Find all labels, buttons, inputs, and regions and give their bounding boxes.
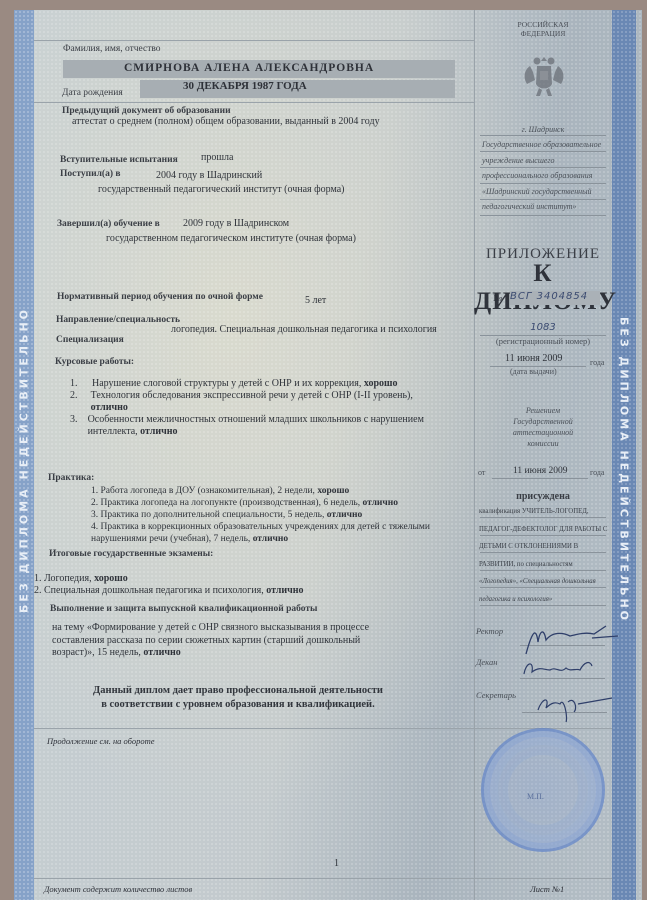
exam-grade: отлично <box>266 585 303 596</box>
rights-line-2: в соответствии с уровнем образования и к… <box>48 698 428 712</box>
institution-line: «Шадринский государственный <box>482 184 612 200</box>
student-name: СМИРНОВА АЛЕНА АЛЕКСАНДРОВНА <box>124 62 374 74</box>
practice-item: 3. Практика по дополнительной специально… <box>91 509 461 521</box>
coursework-grade: отлично <box>140 426 177 437</box>
rule <box>480 552 606 553</box>
rule <box>480 167 606 168</box>
secretary-signature-icon <box>534 688 614 724</box>
period-value: 5 лет <box>305 295 326 306</box>
qualification-text: квалификация УЧИТЕЛЬ-ЛОГОПЕД, ПЕДАГОГ-ДЕ… <box>479 503 609 608</box>
direction-value: логопедия. Специальная дошкольная педаго… <box>171 324 437 335</box>
institution-line: педагогический институт» <box>482 199 612 215</box>
country-line-2: ФЕДЕРАЦИЯ <box>474 29 612 38</box>
thesis-title: Выполнение и защита выпускной квалификац… <box>50 604 317 614</box>
entrance-value: прошла <box>201 152 233 163</box>
coursework-text: Нарушение слоговой структуры у детей с О… <box>92 378 361 389</box>
dean-signature-icon <box>520 656 610 684</box>
practice-item: 2. Практика логопеда на логопункте (прои… <box>91 497 461 509</box>
finished-label: Завершил(а) обучение в <box>57 219 160 229</box>
exam-grade: хорошо <box>94 573 128 584</box>
secretary-label: Секретарь <box>476 690 516 700</box>
enrolled-line1: 2004 году в Шадринский <box>156 170 262 181</box>
rule <box>480 570 606 571</box>
reg-number: 1083 <box>474 322 612 333</box>
practice-item: 1. Работа логопеда в ДОУ (ознакомительна… <box>91 485 461 497</box>
awarded-label: присуждена <box>474 491 612 502</box>
number-prefix: № <box>493 293 503 304</box>
practice-grade: отлично <box>253 534 288 544</box>
coursework-text: Особенности межличностных отношений млад… <box>88 414 424 437</box>
right-security-strip: БЕЗ ДИПЛОМА НЕДЕЙСТВИТЕЛЬНО <box>612 10 636 900</box>
left-security-strip: БЕЗ ДИПЛОМА НЕДЕЙСТВИТЕЛЬНО <box>14 10 34 900</box>
rule <box>480 605 606 606</box>
practice-text: 3. Практика по дополнительной специально… <box>91 510 324 520</box>
double-headed-eagle-icon <box>521 52 567 98</box>
rule <box>480 215 606 216</box>
practice-grade: отлично <box>327 510 362 520</box>
strip-text-left: БЕЗ ДИПЛОМА НЕДЕЙСТВИТЕЛЬНО <box>18 307 31 613</box>
body-bottom-divider <box>34 728 474 729</box>
coursework-grade: хорошо <box>364 378 398 389</box>
exam-item: 1. Логопедия, хорошо <box>34 573 304 585</box>
commission-text: Решением Государственной аттестационной … <box>474 405 612 449</box>
country-line-1: РОССИЙСКАЯ <box>474 20 612 29</box>
rule <box>480 135 606 136</box>
commission-line: Государственной <box>474 416 612 427</box>
header-divider <box>34 40 474 41</box>
coursework-list: 1. Нарушение слоговой структуры у детей … <box>70 378 430 438</box>
appendix-subtitle: К ДИПЛОМУ <box>474 260 612 316</box>
rule <box>480 199 606 200</box>
exam-item: 2. Специальная дошкольная педагогика и п… <box>34 585 304 597</box>
coursework-text: Технология обследования экспрессивной ре… <box>91 390 413 401</box>
dean-label: Декан <box>476 657 497 667</box>
finished-line1: 2009 году в Шадринском <box>183 218 289 229</box>
rights-statement: Данный диплом дает право профессионально… <box>48 684 428 712</box>
prev-doc-value: аттестат о среднем (полном) общем образо… <box>72 116 380 127</box>
institution-line: профессионального образования <box>482 168 612 184</box>
page-number: 1 <box>334 858 339 869</box>
prev-doc-label: Предыдущий документ об образовании <box>62 106 231 116</box>
exams-list: 1. Логопедия, хорошо 2. Специальная дошк… <box>34 573 304 597</box>
coursework-grade: отлично <box>91 402 128 413</box>
rule <box>492 478 588 479</box>
coursework-item: 3. Особенности межличностных отношений м… <box>70 414 430 438</box>
thesis-grade: отлично <box>143 647 180 658</box>
sheet-number: Лист №1 <box>530 884 564 894</box>
commission-line: Решением <box>474 405 612 416</box>
name-section-divider <box>34 102 474 103</box>
continued-note: Продолжение см. на обороте <box>47 736 155 746</box>
rector-signature-icon <box>522 622 632 658</box>
finished-line2: государственном педагогическом институте… <box>106 233 356 244</box>
specialization-label: Специализация <box>56 335 124 345</box>
exams-title: Итоговые государственные экзамены: <box>49 549 213 559</box>
practice-item: 4. Практика в коррекционных образователь… <box>91 521 461 545</box>
strip-text-right: БЕЗ ДИПЛОМА НЕДЕЙСТВИТЕЛЬНО <box>618 317 631 623</box>
coursework-num: 2. <box>70 390 91 414</box>
coursework-item: 1. Нарушение слоговой структуры у детей … <box>70 378 430 390</box>
practice-text: 2. Практика логопеда на логопункте (прои… <box>91 498 360 508</box>
direction-label: Направление/специальность <box>56 315 180 325</box>
practice-text: 1. Работа логопеда в ДОУ (ознакомительна… <box>91 486 315 496</box>
name-label: Фамилия, имя, отчество <box>63 44 161 54</box>
coursework-num: 3. <box>70 414 88 438</box>
sheets-count-label: Документ содержит количество листов <box>44 884 192 894</box>
commission-date: 11 июня 2009 <box>513 466 568 476</box>
period-label: Нормативный период обучения по очной фор… <box>57 292 263 302</box>
rights-line-1: Данный диплом дает право профессионально… <box>48 684 428 698</box>
reg-number-label: (регистрационный номер) <box>474 336 612 346</box>
enrolled-label: Поступил(а) в <box>60 169 121 179</box>
rule <box>480 535 606 536</box>
practice-title: Практика: <box>48 473 94 483</box>
issue-date-label: (дата выдачи) <box>510 367 557 376</box>
birth-date: 30 ДЕКАБРЯ 1987 ГОДА <box>183 80 307 92</box>
country-name: РОССИЙСКАЯ ФЕДЕРАЦИЯ <box>474 20 612 38</box>
commission-year-suffix: года <box>590 468 604 477</box>
commission-line: комиссии <box>474 438 612 449</box>
institution-line: учреждение высшего <box>482 153 612 169</box>
thesis-text: на тему «Формирование у детей с ОНР связ… <box>52 622 369 658</box>
coursework-item: 2. Технология обследования экспрессивной… <box>70 390 430 414</box>
institution-name: Государственное образовательное учрежден… <box>474 137 612 215</box>
issue-year-suffix: года <box>590 358 604 367</box>
exam-text: 2. Специальная дошкольная педагогика и п… <box>34 585 264 596</box>
stamp-label: М.П. <box>527 792 544 801</box>
official-seal <box>481 728 605 852</box>
commission-line: аттестационной <box>474 427 612 438</box>
thesis-text-block: на тему «Формирование у детей с ОНР связ… <box>52 622 392 660</box>
practice-grade: отлично <box>363 498 398 508</box>
coursework-num: 1. <box>70 378 92 390</box>
issue-date: 11 июня 2009 <box>505 353 562 364</box>
coursework-title: Курсовые работы: <box>55 357 134 367</box>
rule <box>480 183 606 184</box>
city: г. Шадринск <box>474 125 612 134</box>
practice-grade: хорошо <box>317 486 349 496</box>
diploma-number: ВСГ 3404854 <box>510 291 600 305</box>
exam-text: 1. Логопедия, <box>34 573 92 584</box>
enrolled-line2: государственный педагогический институт … <box>98 184 345 195</box>
birth-date-label: Дата рождения <box>62 88 123 98</box>
footer-divider <box>34 878 612 879</box>
commission-from: от <box>478 468 485 477</box>
rule <box>480 151 606 152</box>
rule <box>480 587 606 588</box>
entrance-label: Вступительные испытания <box>60 155 178 165</box>
rector-label: Ректор <box>476 626 503 636</box>
rule <box>480 517 606 518</box>
practice-list: 1. Работа логопеда в ДОУ (ознакомительна… <box>91 485 461 545</box>
